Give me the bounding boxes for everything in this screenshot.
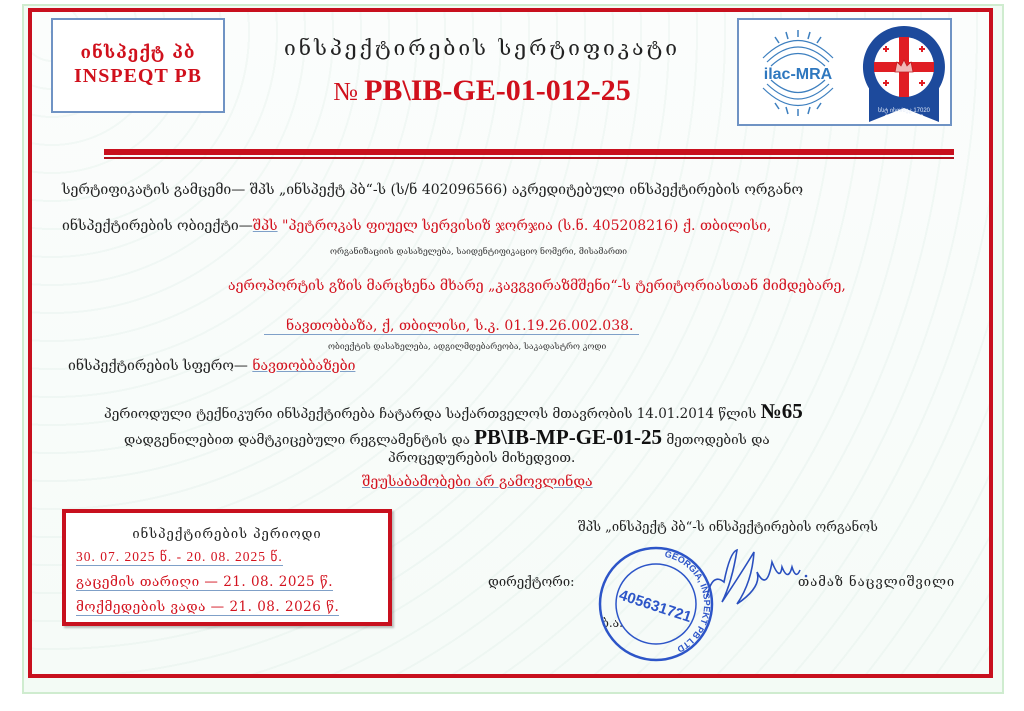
object-caption-2: ობიექტის დასახელება, ადგილმდებარეობა, სა…	[328, 342, 606, 352]
regulation-line-2: დადგენილებით დამტკიცებული რეგლამენტის და…	[124, 425, 770, 450]
logo-georgian: ინსპექტ პბ	[81, 43, 196, 63]
regulation-line-3: პროცედურების მიხედვით.	[388, 450, 575, 466]
sphere-label: ინსპექტირების სფერო—	[68, 358, 248, 374]
method-code: PB\IB-MP-GE-01-25	[474, 425, 662, 449]
director-signature-icon	[702, 542, 812, 617]
svg-text:სსტ ისო/იეკ 17020: სსტ ისო/იეკ 17020	[878, 107, 931, 114]
number-sign: №	[333, 77, 358, 106]
number-value: PB\IB-GE-01-012-25	[364, 74, 631, 107]
svg-text:GAC-IB-0392: GAC-IB-0392	[884, 114, 923, 121]
gac-accreditation-logo-icon: სსტ ისო/იეკ 17020 GAC-IB-0392	[861, 24, 947, 124]
object-line-1: ინსპექტირების ობიექტი—შპს "პეტროკას ფიუე…	[62, 218, 771, 234]
director-name: თამაზ ნაცვლიშვილი	[798, 575, 955, 590]
logo-latin: INSPEQT PB	[74, 65, 202, 88]
object-line-3: ნავთობბაზა, ქ, თბილისი, ს.კ. 01.19.26.00…	[264, 318, 639, 335]
header-divider-thin	[104, 157, 954, 159]
sphere-line: ინსპექტირების სფერო— ნავთობბაზები	[68, 358, 355, 374]
regulation-line-1: პერიოდული ტექნიკური ინსპექტირება ჩატარდა…	[104, 399, 803, 424]
svg-text:ilac-MRA: ilac-MRA	[764, 66, 833, 83]
period-dates: 30. 07. 2025 წ. - 20. 08. 2025 წ.	[76, 549, 283, 566]
header-divider-thick	[104, 149, 954, 155]
result-text: შეუსაბამობები არ გამოვლინდა	[362, 474, 593, 490]
sphere-value: ნავთობბაზები	[252, 358, 355, 374]
object-line-2: აეროპორტის გზის მარცხენა მხარე „კავგვირა…	[228, 278, 846, 294]
svg-text:405631721: 405631721	[617, 587, 694, 626]
issuer-line: სერტიფიკატის გამცემი— შპს „ინსპექტ პბ“-ს…	[62, 182, 803, 198]
object-label: ინსპექტირების ობიექტი—	[62, 218, 253, 234]
regulation-text-2b: მეთოდების და	[666, 432, 769, 448]
object-org-type: შპს	[253, 218, 278, 234]
signature-org-line: შპს „ინსპექტ პბ“-ს ინსპექტირების ორგანოს	[578, 520, 878, 535]
accreditation-logos: ilac-MRA სსტ ისო/იეკ 17020 GAC-IB-0392	[737, 18, 952, 126]
certificate-page: ინსპექტ პბ INSPEQT PB ინსპექტირების სერტ…	[28, 8, 993, 678]
regulation-number: №65	[761, 399, 803, 423]
regulation-text-2a: დადგენილებით დამტკიცებული რეგლამენტის და	[124, 432, 470, 448]
certificate-title: ინსპექტირების სერტიფიკატი	[232, 36, 732, 60]
company-logo: ინსპექტ პბ INSPEQT PB	[51, 18, 225, 113]
regulation-text-1: პერიოდული ტექნიკური ინსპექტირება ჩატარდა…	[104, 406, 756, 422]
period-title: ინსპექტირების პერიოდი	[66, 527, 388, 542]
ilac-mra-logo-icon: ilac-MRA	[753, 28, 843, 118]
valid-until: მოქმედების ვადა — 21. 08. 2026 წ.	[76, 599, 339, 616]
object-caption-1: ორგანიზაციის დასახელება, საიდენტიფიკაციო…	[330, 247, 627, 257]
director-label: დირექტორი:	[488, 575, 575, 590]
inspection-period-box: ინსპექტირების პერიოდი 30. 07. 2025 წ. - …	[62, 509, 392, 626]
object-value-1: "პეტროკას ფიუელ სერვისიზ ჯორჯია (ს.ნ. 40…	[278, 218, 772, 234]
company-stamp-icon: GEORGIA, INSPEKT PB LTD 405631721	[597, 545, 715, 663]
certificate-number: №PB\IB-GE-01-012-25	[232, 74, 732, 108]
issue-date: გაცემის თარიღი — 21. 08. 2025 წ.	[76, 574, 333, 591]
